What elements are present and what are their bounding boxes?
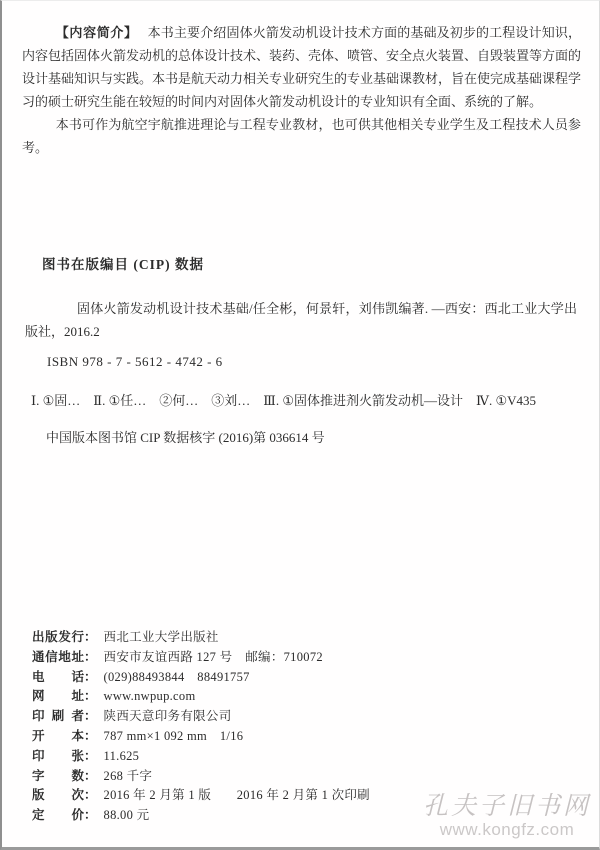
colophon-separator: ：	[84, 769, 97, 783]
colophon-label: 网址	[32, 687, 84, 707]
colophon-label: 定价	[32, 806, 84, 826]
colophon-value: 88.00 元	[104, 808, 150, 822]
cip-isbn-line: ISBN 978 - 7 - 5612 - 4742 - 6	[47, 350, 579, 373]
colophon-row-sheets: 印张：11.625	[32, 747, 370, 767]
colophon-row-price: 定价：88.00 元	[32, 806, 370, 826]
colophon-row-phone: 电话：(029)88493844 88491757	[32, 668, 370, 688]
colophon-separator: ：	[84, 650, 97, 664]
colophon-label: 开本	[32, 727, 84, 747]
colophon-separator: ：	[84, 709, 97, 723]
colophon-value: 787 mm×1 092 mm 1/16	[104, 729, 244, 743]
cip-registry-line: 中国版本图书馆 CIP 数据核字 (2016)第 036614 号	[46, 426, 579, 449]
colophon-label: 通信地址	[32, 648, 84, 668]
colophon-section: 出版发行：西北工业大学出版社 通信地址：西安市友谊西路 127 号 邮编：710…	[32, 628, 370, 826]
colophon-value: 11.625	[104, 749, 140, 763]
colophon-row-publisher: 出版发行：西北工业大学出版社	[32, 628, 370, 648]
colophon-value: 2016 年 2 月第 1 版 2016 年 2 月第 1 次印刷	[104, 788, 370, 802]
colophon-value: 西安市友谊西路 127 号 邮编：710072	[104, 650, 323, 664]
colophon-value: www.nwpup.com	[104, 689, 196, 703]
colophon-separator: ：	[84, 630, 97, 644]
colophon-label: 印张	[32, 747, 84, 767]
colophon-label: 印刷者	[32, 707, 84, 727]
colophon-row-website: 网址：www.nwpup.com	[32, 687, 370, 707]
colophon-row-edition: 版次：2016 年 2 月第 1 版 2016 年 2 月第 1 次印刷	[32, 786, 370, 806]
cip-data-section: 图书在版编目 (CIP) 数据 固体火箭发动机设计技术基础/任全彬，何景轩，刘伟…	[2, 253, 579, 449]
cip-title-line: 固体火箭发动机设计技术基础/任全彬，何景轩，刘伟凯编著. —西安：西北工业大学出…	[25, 297, 577, 343]
summary-text-2: 本书可作为航空宇航推进理论与工程专业教材，也可供其他相关专业学生及工程技术人员参…	[22, 117, 581, 155]
colophon-value: (029)88493844 88491757	[104, 670, 250, 684]
colophon-label: 出版发行	[32, 628, 84, 648]
colophon-separator: ：	[84, 670, 97, 684]
colophon-separator: ：	[84, 729, 97, 743]
cip-heading: 图书在版编目 (CIP) 数据	[42, 253, 579, 276]
colophon-separator: ：	[84, 749, 97, 763]
colophon-value: 西北工业大学出版社	[104, 630, 219, 644]
colophon-value: 268 千字	[104, 769, 153, 783]
colophon-label: 版次	[32, 786, 84, 806]
colophon-label: 电话	[32, 668, 84, 688]
colophon-value: 陕西天意印务有限公司	[104, 709, 232, 723]
summary-paragraph-1: 【内容简介】本书主要介绍固体火箭发动机设计技术方面的基础及初步的工程设计知识，内…	[22, 21, 581, 113]
colophon-separator: ：	[84, 808, 97, 822]
book-copyright-page: 【内容简介】本书主要介绍固体火箭发动机设计技术方面的基础及初步的工程设计知识，内…	[0, 0, 600, 850]
colophon-separator: ：	[84, 689, 97, 703]
colophon-separator: ：	[84, 788, 97, 802]
watermark-site-name: 孔夫子旧书网	[423, 794, 591, 820]
colophon-label: 字数	[32, 767, 84, 787]
bookseller-watermark: 孔夫子旧书网 www.kongfz.com	[423, 794, 591, 839]
colophon-row-address: 通信地址：西安市友谊西路 127 号 邮编：710072	[32, 648, 370, 668]
colophon-row-format: 开本：787 mm×1 092 mm 1/16	[32, 727, 370, 747]
content-summary-section: 【内容简介】本书主要介绍固体火箭发动机设计技术方面的基础及初步的工程设计知识，内…	[22, 21, 581, 159]
cip-classification-line: Ⅰ. ①固… Ⅱ. ①任… ②何… ③刘… Ⅲ. ①固体推进剂火箭发动机—设计 …	[31, 389, 579, 412]
colophon-row-printer: 印刷者：陕西天意印务有限公司	[32, 707, 370, 727]
summary-paragraph-2: 本书可作为航空宇航推进理论与工程专业教材，也可供其他相关专业学生及工程技术人员参…	[22, 113, 581, 159]
summary-heading-label: 【内容简介】	[56, 25, 138, 40]
watermark-site-url: www.kongfz.com	[423, 820, 591, 839]
colophon-row-wordcount: 字数：268 千字	[32, 767, 370, 787]
